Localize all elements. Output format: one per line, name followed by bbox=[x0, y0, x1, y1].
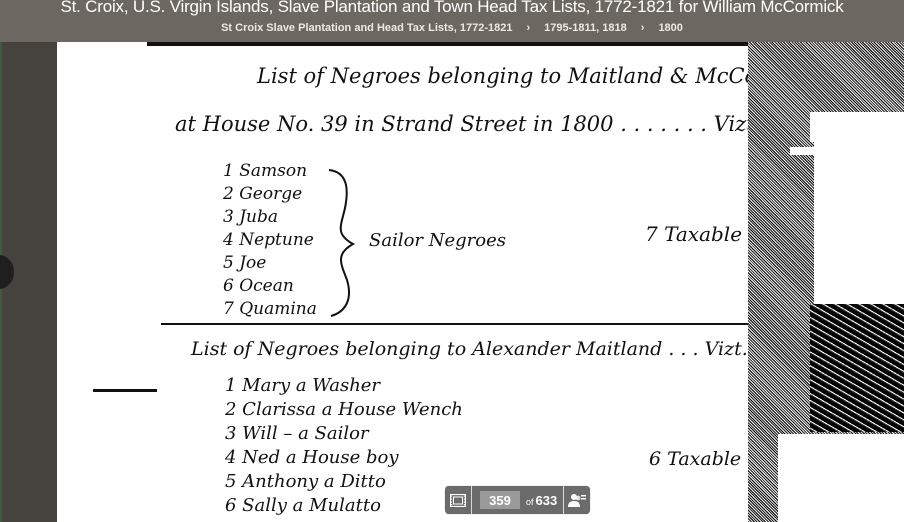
breadcrumb-volume[interactable]: 1795-1811, 1818 bbox=[542, 22, 629, 34]
image-pager: of633 bbox=[445, 486, 590, 514]
section1-taxable-note: 7 Taxable bbox=[645, 222, 742, 246]
section2-entries: 1 Mary a Washer 2 Clarissa a House Wench… bbox=[225, 374, 463, 518]
breadcrumb-year[interactable]: 1800 bbox=[656, 22, 684, 34]
list-item: 5 Joe bbox=[223, 252, 317, 275]
filmstrip-button[interactable] bbox=[445, 486, 471, 514]
record-title: St. Croix, U.S. Virgin Islands, Slave Pl… bbox=[0, 0, 904, 16]
list-item: 6 Ocean bbox=[223, 275, 317, 298]
breadcrumb-collection[interactable]: St Croix Slave Plantation and Head Tax L… bbox=[219, 22, 514, 34]
list-item: 3 Will – a Sailor bbox=[225, 422, 463, 446]
breadcrumb: St Croix Slave Plantation and Head Tax L… bbox=[0, 22, 904, 34]
page-number-area: of633 bbox=[472, 486, 563, 514]
document-image[interactable]: List of Negroes belonging to Maitland & … bbox=[57, 42, 750, 522]
margin-mark bbox=[93, 389, 157, 392]
list-item: 4 Ned a House boy bbox=[225, 446, 463, 470]
person-index-icon bbox=[568, 493, 586, 507]
list-item: 4 Neptune bbox=[223, 229, 317, 252]
curly-brace bbox=[325, 168, 365, 318]
list-item: 2 Clarissa a House Wench bbox=[225, 398, 463, 422]
list-item: 1 Mary a Washer bbox=[225, 374, 463, 398]
list-item: 1 Samson bbox=[223, 160, 317, 183]
filmstrip-icon bbox=[450, 494, 466, 507]
total-pages-label: of633 bbox=[526, 493, 557, 508]
of-prefix: of bbox=[526, 497, 534, 507]
section2-taxable-note: 6 Taxable bbox=[649, 448, 741, 470]
list-item: 5 Anthony a Ditto bbox=[225, 470, 463, 494]
section1-entries: 1 Samson 2 George 3 Juba 4 Neptune 5 Joe… bbox=[223, 160, 317, 321]
section2-heading: List of Negroes belonging to Alexander M… bbox=[191, 338, 748, 360]
breadcrumb-separator: › bbox=[629, 22, 657, 34]
section1-heading-line1: List of Negroes belonging to Maitland & … bbox=[257, 64, 750, 88]
total-pages: 633 bbox=[536, 493, 558, 508]
list-item: 6 Sally a Mulatto bbox=[225, 494, 463, 518]
breadcrumb-separator: › bbox=[515, 22, 543, 34]
list-item: 2 George bbox=[223, 183, 317, 206]
section1-group-note: Sailor Negroes bbox=[369, 230, 506, 251]
section1-heading-line2: at House No. 39 in Strand Street in 1800… bbox=[175, 112, 750, 136]
page-header: St. Croix, U.S. Virgin Islands, Slave Pl… bbox=[0, 0, 904, 42]
section-divider bbox=[161, 323, 750, 325]
index-button[interactable] bbox=[564, 486, 590, 514]
page-number-input[interactable] bbox=[480, 491, 520, 509]
list-item: 3 Juba bbox=[223, 206, 317, 229]
list-item: 7 Quamina bbox=[223, 298, 317, 321]
adjacent-page-scan bbox=[748, 42, 904, 522]
document-scan-edge bbox=[147, 42, 750, 46]
side-panel-toggle[interactable] bbox=[0, 255, 14, 289]
left-side-panel bbox=[0, 0, 57, 522]
